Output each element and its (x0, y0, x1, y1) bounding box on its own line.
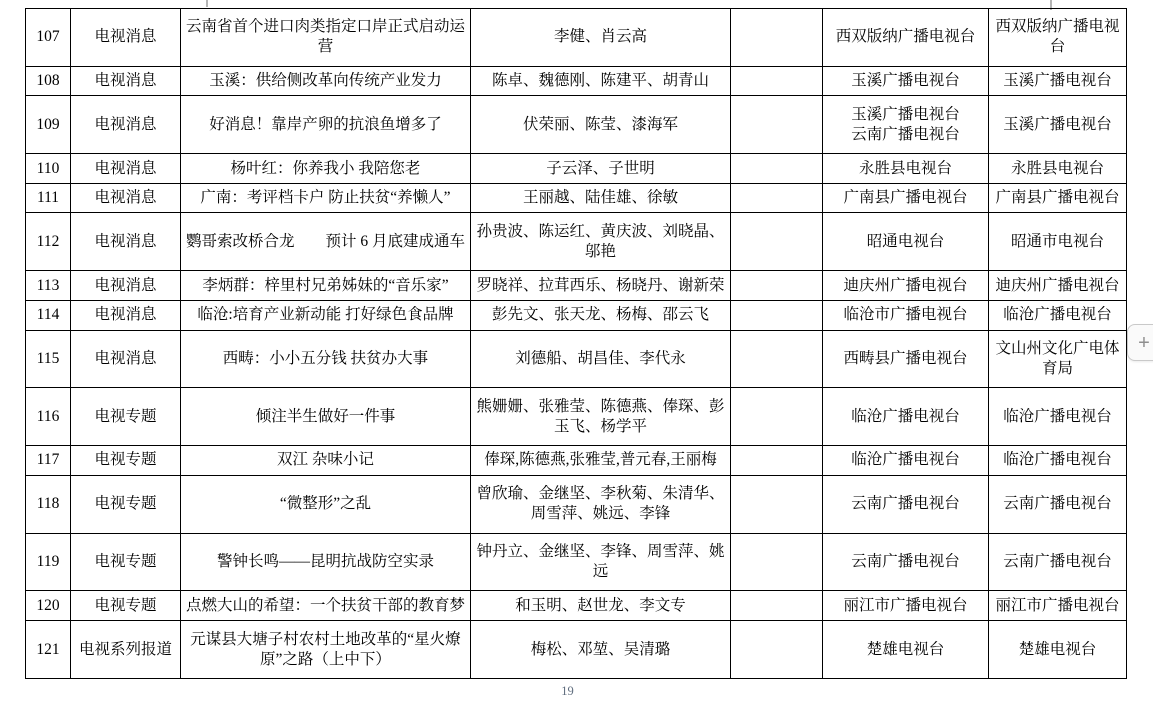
cell-authors: 刘德船、胡昌佳、李代永 (471, 330, 731, 388)
cell-empty (731, 66, 823, 96)
cell-station-b: 丽江市广播电视台 (989, 591, 1127, 621)
cell-category: 电视系列报道 (71, 621, 181, 679)
cell-title: 鹦哥索改桥合龙 预计 6 月底建成通车 (181, 213, 471, 271)
cell-station-a: 玉溪广播电视台 (823, 66, 989, 96)
cell-category: 电视消息 (71, 96, 181, 154)
cell-index: 116 (26, 388, 71, 446)
cell-index: 120 (26, 591, 71, 621)
table-row: 119 电视专题 警钟长鸣——昆明抗战防空实录 钟丹立、金继坚、李锋、周雪萍、姚… (26, 533, 1127, 591)
cell-empty (731, 475, 823, 533)
cell-station-b: 临沧广播电视台 (989, 300, 1127, 330)
cell-title: 西畴：小小五分钱 扶贫办大事 (181, 330, 471, 388)
table-row: 117 电视专题 双江 杂味小记 俸琛,陈德燕,张雅莹,普元春,王丽梅 临沧广播… (26, 446, 1127, 476)
cell-authors: 彭先文、张天龙、杨梅、邵云飞 (471, 300, 731, 330)
cell-empty (731, 183, 823, 213)
add-column-button[interactable]: + (1127, 324, 1153, 361)
cell-index: 117 (26, 446, 71, 476)
cell-category: 电视消息 (71, 271, 181, 301)
table-row: 108 电视消息 玉溪：供给侧改革向传统产业发力 陈卓、魏德刚、陈建平、胡青山 … (26, 66, 1127, 96)
cell-station-a: 玉溪广播电视台 云南广播电视台 (823, 96, 989, 154)
cell-station-b: 广南县广播电视台 (989, 183, 1127, 213)
cell-title: “微整形”之乱 (181, 475, 471, 533)
table-row: 121 电视系列报道 元谋县大塘子村农村土地改革的“星火燎原”之路（上中下） 梅… (26, 621, 1127, 679)
cell-title: 李炳群：梓里村兄弟姊妹的“音乐家” (181, 271, 471, 301)
cell-index: 112 (26, 213, 71, 271)
cell-authors: 曾欣瑜、金继坚、李秋菊、朱清华、周雪萍、姚远、李锋 (471, 475, 731, 533)
table-row: 115 电视消息 西畴：小小五分钱 扶贫办大事 刘德船、胡昌佳、李代永 西畴县广… (26, 330, 1127, 388)
cell-category: 电视消息 (71, 183, 181, 213)
cell-station-a: 云南广播电视台 (823, 475, 989, 533)
cell-authors: 王丽越、陆佳雄、徐敏 (471, 183, 731, 213)
cell-category: 电视消息 (71, 213, 181, 271)
clipped-gridline-top-left (206, 0, 208, 7)
cell-station-b: 西双版纳广播电视台 (989, 9, 1127, 67)
table-row: 112 电视消息 鹦哥索改桥合龙 预计 6 月底建成通车 孙贵波、陈运红、黄庆波… (26, 213, 1127, 271)
cell-title: 点燃大山的希望：一个扶贫干部的教育梦 (181, 591, 471, 621)
cell-index: 118 (26, 475, 71, 533)
tv-program-awards-table: 107 电视消息 云南省首个进口肉类指定口岸正式启动运营 李健、肖云高 西双版纳… (25, 8, 1127, 679)
cell-authors: 和玉明、赵世龙、李文专 (471, 591, 731, 621)
cell-empty (731, 271, 823, 301)
cell-title: 云南省首个进口肉类指定口岸正式启动运营 (181, 9, 471, 67)
cell-authors: 熊姗姗、张雅莹、陈德燕、俸琛、彭玉飞、杨学平 (471, 388, 731, 446)
cell-station-a: 丽江市广播电视台 (823, 591, 989, 621)
cell-category: 电视专题 (71, 446, 181, 476)
cell-station-a: 楚雄电视台 (823, 621, 989, 679)
cell-station-a: 西畴县广播电视台 (823, 330, 989, 388)
cell-index: 108 (26, 66, 71, 96)
cell-category: 电视消息 (71, 9, 181, 67)
cell-empty (731, 621, 823, 679)
cell-station-b: 昭通市电视台 (989, 213, 1127, 271)
cell-empty (731, 330, 823, 388)
cell-station-b: 玉溪广播电视台 (989, 66, 1127, 96)
cell-station-b: 临沧广播电视台 (989, 446, 1127, 476)
cell-title: 杨叶红：你养我小 我陪您老 (181, 154, 471, 184)
cell-title: 临沧:培育产业新动能 打好绿色食品牌 (181, 300, 471, 330)
cell-title: 玉溪：供给侧改革向传统产业发力 (181, 66, 471, 96)
cell-station-b: 楚雄电视台 (989, 621, 1127, 679)
table-row: 111 电视消息 广南：考评档卡户 防止扶贫“养懒人” 王丽越、陆佳雄、徐敏 广… (26, 183, 1127, 213)
cell-station-a: 临沧广播电视台 (823, 446, 989, 476)
cell-empty (731, 533, 823, 591)
cell-category: 电视消息 (71, 330, 181, 388)
cell-station-b: 永胜县电视台 (989, 154, 1127, 184)
table-row: 109 电视消息 好消息！靠岸产卵的抗浪鱼增多了 伏荣丽、陈莹、漆海军 玉溪广播… (26, 96, 1127, 154)
cell-empty (731, 300, 823, 330)
cell-station-b: 玉溪广播电视台 (989, 96, 1127, 154)
cell-category: 电视专题 (71, 591, 181, 621)
cell-authors: 子云泽、子世明 (471, 154, 731, 184)
cell-station-a: 迪庆州广播电视台 (823, 271, 989, 301)
table-row: 116 电视专题 倾注半生做好一件事 熊姗姗、张雅莹、陈德燕、俸琛、彭玉飞、杨学… (26, 388, 1127, 446)
table-row: 113 电视消息 李炳群：梓里村兄弟姊妹的“音乐家” 罗晓祥、拉茸西乐、杨晓丹、… (26, 271, 1127, 301)
cell-index: 115 (26, 330, 71, 388)
cell-authors: 陈卓、魏德刚、陈建平、胡青山 (471, 66, 731, 96)
table-row: 114 电视消息 临沧:培育产业新动能 打好绿色食品牌 彭先文、张天龙、杨梅、邵… (26, 300, 1127, 330)
table-row: 120 电视专题 点燃大山的希望：一个扶贫干部的教育梦 和玉明、赵世龙、李文专 … (26, 591, 1127, 621)
cell-station-b: 云南广播电视台 (989, 475, 1127, 533)
cell-authors: 李健、肖云高 (471, 9, 731, 67)
cell-empty (731, 96, 823, 154)
cell-authors: 梅松、邓堃、吴清璐 (471, 621, 731, 679)
cell-empty (731, 446, 823, 476)
cell-empty (731, 154, 823, 184)
cell-station-b: 云南广播电视台 (989, 533, 1127, 591)
table-row: 107 电视消息 云南省首个进口肉类指定口岸正式启动运营 李健、肖云高 西双版纳… (26, 9, 1127, 67)
cell-category: 电视专题 (71, 475, 181, 533)
cell-category: 电视消息 (71, 66, 181, 96)
cell-index: 109 (26, 96, 71, 154)
cell-title: 倾注半生做好一件事 (181, 388, 471, 446)
cell-empty (731, 388, 823, 446)
cell-index: 119 (26, 533, 71, 591)
plus-icon: + (1138, 333, 1150, 353)
cell-category: 电视消息 (71, 154, 181, 184)
cell-index: 107 (26, 9, 71, 67)
cell-station-a: 广南县广播电视台 (823, 183, 989, 213)
cell-station-a: 云南广播电视台 (823, 533, 989, 591)
cell-index: 113 (26, 271, 71, 301)
cell-index: 121 (26, 621, 71, 679)
cell-station-b: 临沧广播电视台 (989, 388, 1127, 446)
cell-category: 电视专题 (71, 388, 181, 446)
cell-empty (731, 9, 823, 67)
cell-station-a: 临沧广播电视台 (823, 388, 989, 446)
cell-station-b: 迪庆州广播电视台 (989, 271, 1127, 301)
cell-station-b: 文山州文化广电体育局 (989, 330, 1127, 388)
table-row: 110 电视消息 杨叶红：你养我小 我陪您老 子云泽、子世明 永胜县电视台 永胜… (26, 154, 1127, 184)
cell-station-a: 永胜县电视台 (823, 154, 989, 184)
cell-category: 电视专题 (71, 533, 181, 591)
cell-empty (731, 213, 823, 271)
cell-authors: 伏荣丽、陈莹、漆海军 (471, 96, 731, 154)
cell-authors: 俸琛,陈德燕,张雅莹,普元春,王丽梅 (471, 446, 731, 476)
cell-authors: 罗晓祥、拉茸西乐、杨晓丹、谢新荣 (471, 271, 731, 301)
cell-authors: 孙贵波、陈运红、黄庆波、刘晓晶、邬艳 (471, 213, 731, 271)
cell-index: 111 (26, 183, 71, 213)
cell-title: 广南：考评档卡户 防止扶贫“养懒人” (181, 183, 471, 213)
cell-station-a: 昭通电视台 (823, 213, 989, 271)
table-row: 118 电视专题 “微整形”之乱 曾欣瑜、金继坚、李秋菊、朱清华、周雪萍、姚远、… (26, 475, 1127, 533)
cell-category: 电视消息 (71, 300, 181, 330)
cell-empty (731, 591, 823, 621)
cell-authors: 钟丹立、金继坚、李锋、周雪萍、姚远 (471, 533, 731, 591)
cell-station-a: 西双版纳广播电视台 (823, 9, 989, 67)
cell-title: 警钟长鸣——昆明抗战防空实录 (181, 533, 471, 591)
cell-index: 114 (26, 300, 71, 330)
cell-title: 好消息！靠岸产卵的抗浪鱼增多了 (181, 96, 471, 154)
cell-index: 110 (26, 154, 71, 184)
cell-station-a: 临沧市广播电视台 (823, 300, 989, 330)
cell-title: 元谋县大塘子村农村土地改革的“星火燎原”之路（上中下） (181, 621, 471, 679)
cell-title: 双江 杂味小记 (181, 446, 471, 476)
page-number: 19 (0, 684, 1135, 699)
